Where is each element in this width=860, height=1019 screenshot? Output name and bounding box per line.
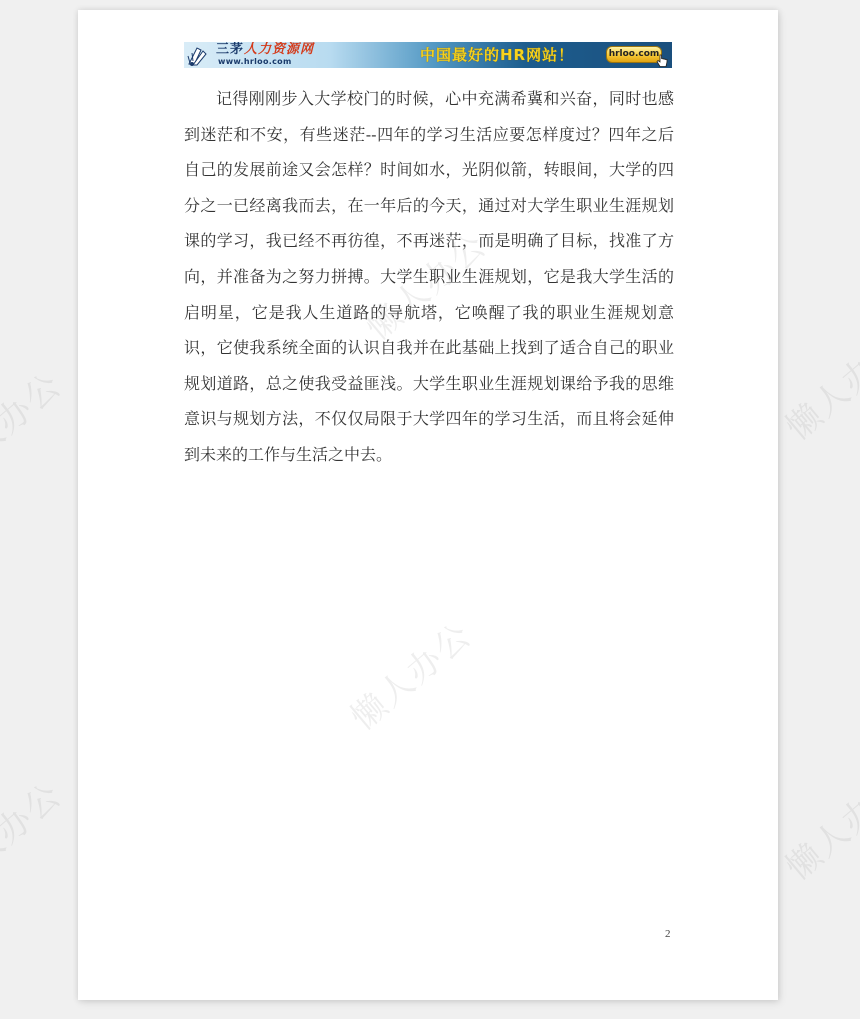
document-page: 三茅人力资源网 www.hrloo.com 中国最好的HR网站！ hrloo.c… [78,10,778,1000]
banner-slogan: 中国最好的HR网站！ [420,45,574,65]
brand-name-part2: 人力资源网 [244,42,314,57]
brand-name-part1: 三茅 [216,42,244,57]
watermark: 懒人办公 [774,759,860,889]
watermark: 懒人办公 [774,319,860,449]
hrloo-link-button[interactable]: hrloo.com [606,46,662,63]
hand-cursor-icon [656,54,668,68]
brand-name: 三茅人力资源网 [216,43,314,57]
watermark: 懒人办公 [0,359,70,489]
hrloo-banner[interactable]: 三茅人力资源网 www.hrloo.com 中国最好的HR网站！ hrloo.c… [184,42,672,68]
page-number: 2 [665,928,671,940]
brand-url: www.hrloo.com [218,57,292,66]
shuttlecock-logo-icon [187,44,213,66]
watermark: 懒人办公 [0,769,70,899]
body-paragraph: 记得刚刚步入大学校门的时候，心中充满希冀和兴奋，同时也感到迷茫和不安，有些迷茫-… [184,81,674,473]
